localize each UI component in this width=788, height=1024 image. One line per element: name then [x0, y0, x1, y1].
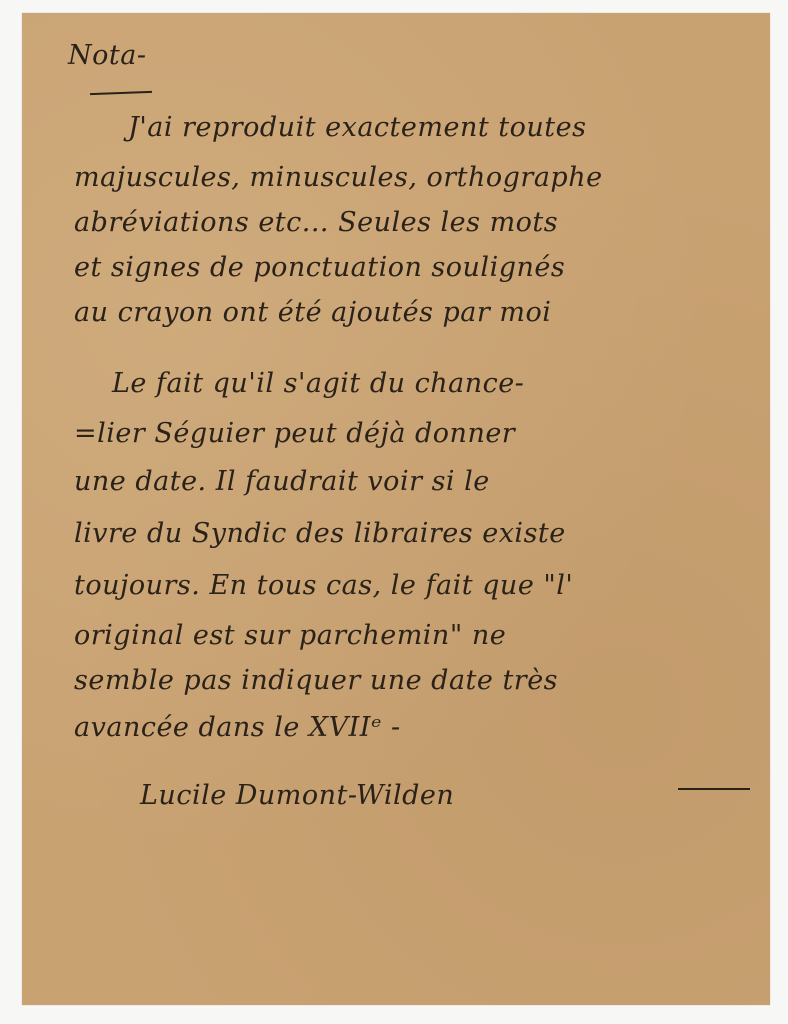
signature-flourish — [678, 788, 750, 790]
text-line: et signes de ponctuation soulignés — [74, 252, 565, 283]
text-line: majuscules, minuscules, orthographe — [74, 162, 603, 193]
text-line: au crayon ont été ajoutés par moi — [74, 297, 551, 328]
text-line: J'ai reproduit exactement toutes — [128, 112, 586, 143]
text-line: =lier Séguier peut déjà donner — [74, 418, 515, 449]
text-line: abréviations etc... Seules les mots — [74, 207, 558, 238]
note-title: Nota- — [68, 40, 146, 71]
text-line: une date. Il faudrait voir si le — [74, 466, 490, 497]
text-line: original est sur parchemin" ne — [74, 620, 506, 651]
text-line: avancée dans le XVIIᵉ - — [74, 712, 401, 743]
signature: Lucile Dumont-Wilden — [140, 780, 454, 811]
text-line: livre du Syndic des libraires existe — [74, 518, 566, 549]
text-line: toujours. En tous cas, le fait que "l' — [74, 570, 573, 601]
text-line: Le fait qu'il s'agit du chance- — [112, 368, 524, 399]
text-line: semble pas indiquer une date très — [74, 665, 558, 696]
